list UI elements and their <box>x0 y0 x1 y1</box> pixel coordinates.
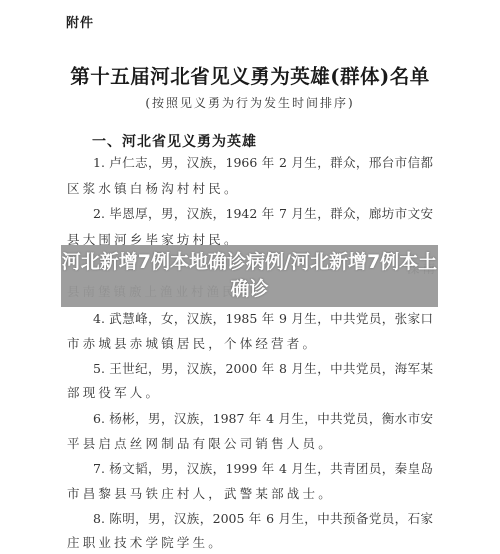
entry-4-line-1: 4. 武慧峰，女，汉族，1985 年 9 月生，中共党员，张家口 <box>67 309 433 329</box>
entry-5-line-2: 部现役军人。 <box>67 383 433 403</box>
entry-6-line-2: 平县启点丝网制品有限公司销售人员。 <box>67 434 433 454</box>
entry-4-line-2: 市赤城县赤城镇居民，个体经营者。 <box>67 334 433 354</box>
entry-6-line-1: 6. 杨彬，男，汉族，1987 年 4 月生，中共党员，衡水市安 <box>67 409 433 429</box>
document-subtitle: (按照见义勇为行为发生时间排序) <box>0 94 500 111</box>
entry-1-line-2: 区浆水镇白杨沟村村民。 <box>67 179 433 199</box>
section-heading: 一、河北省见义勇为英雄 <box>92 131 257 151</box>
entry-8-line-1: 8. 陈明，男，汉族，2005 年 6 月生，中共预备党员，石家 <box>67 509 433 529</box>
attachment-label: 附件 <box>66 12 94 31</box>
entry-2-line-1: 2. 毕恩厚，男，汉族，1942 年 7 月生，群众，廊坊市文安 <box>67 204 433 224</box>
headline-overlay-text: 河北新增7例本地确诊病例/河北新增7例本土确诊 <box>61 249 438 303</box>
entry-1-line-1: 1. 卢仁志，男，汉族，1966 年 2 月生，群众，邢台市信都 <box>67 153 433 173</box>
document-title: 第十五届河北省见义勇为英雄(群体)名单 <box>0 61 500 89</box>
entry-7-line-1: 7. 杨文韬，男，汉族，1999 年 4 月生，共青团员，秦皇岛 <box>67 459 433 479</box>
entry-7-line-2: 市昌黎县马铁庄村人，武警某部战士。 <box>67 484 433 504</box>
entry-8-line-2: 庄职业技术学院学生。 <box>67 533 433 553</box>
entry-5-line-1: 5. 王世纪，男，汉族，2000 年 8 月生，中共党员，海军某 <box>67 359 433 379</box>
